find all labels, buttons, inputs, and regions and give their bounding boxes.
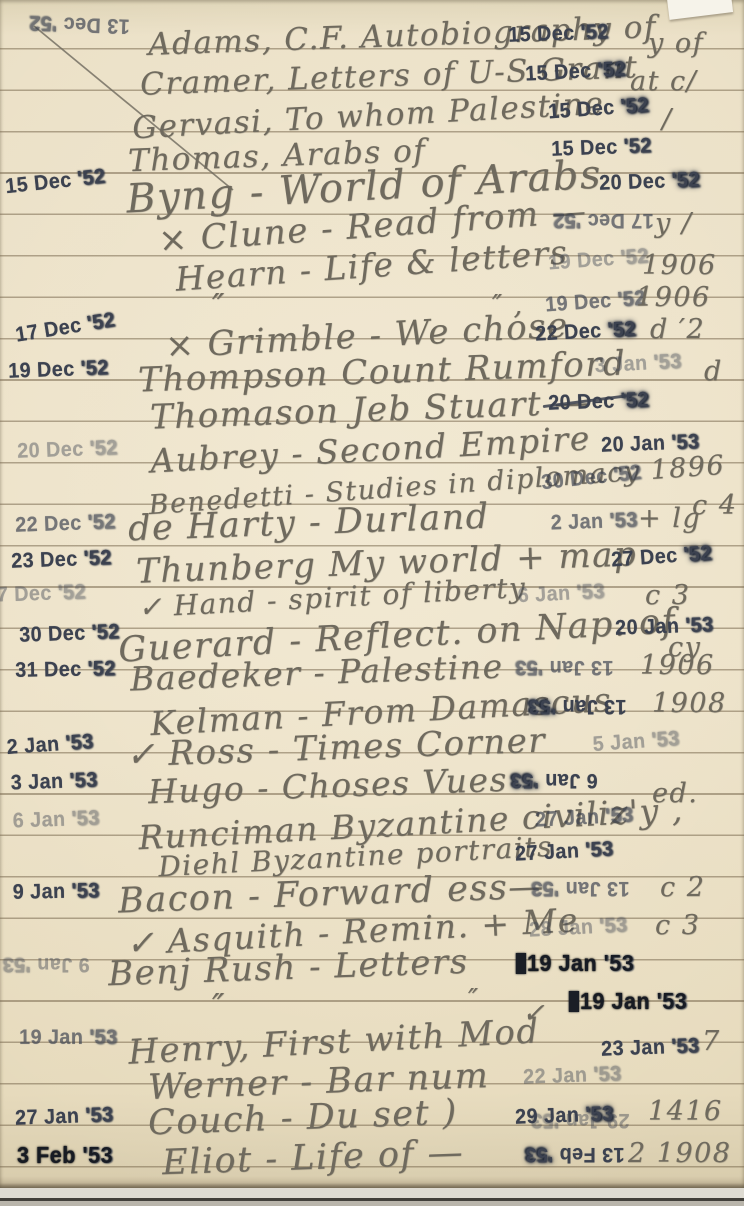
stamp-year: '53: [531, 877, 559, 900]
stamp-day-month: 27 Dec: [610, 543, 684, 571]
stamp-day-month: 2 Jan: [6, 732, 66, 759]
pencil-note: 1906: [640, 650, 715, 681]
stamp-day-month: 27 Jan: [535, 805, 606, 832]
stamp-day-month: 22 Dec: [535, 319, 609, 346]
stamp-year: '53: [71, 806, 100, 830]
left-date-stamp: 7 Dec '52: [0, 580, 86, 607]
stamp-year: '53: [657, 988, 688, 1014]
stamp-year: '52: [683, 542, 713, 567]
stamp-day-month: 7 Dec: [0, 581, 58, 606]
pencil-note: 2 1908: [628, 1138, 731, 1169]
stamp-day-month: 22 Dec: [15, 511, 88, 537]
stamp-day-month: 17 Dec: [581, 209, 653, 232]
stamp-day-month: 28 Jan: [529, 915, 600, 942]
pencil-note: ✓: [522, 998, 546, 1029]
handwritten-entry: ″: [212, 286, 226, 325]
left-date-stamp: 22 Dec '52: [15, 510, 116, 537]
return-date-stamp: 15 Dec '52: [551, 134, 652, 161]
stamp-day-month: 23 Jan: [601, 1035, 672, 1060]
return-date-stamp: 22 Jan '53: [523, 1062, 622, 1089]
stamp-year: '52: [29, 11, 58, 35]
stamp-year: '52: [620, 388, 649, 412]
stamp-year: '52: [553, 209, 581, 232]
return-date-stamp: 13 Jan '53: [515, 655, 613, 679]
stamp-day-month: 31 Dec: [15, 658, 88, 682]
left-date-stamp: 23 Dec '52: [11, 546, 112, 573]
left-date-stamp: 19 Jan '53: [19, 1026, 117, 1050]
return-date-stamp: 13 Feb '53: [525, 1142, 624, 1166]
stamp-year: '52: [623, 134, 652, 158]
stamp-year: '52: [83, 546, 112, 570]
stamp-year: '53: [605, 803, 634, 827]
stamp-year: '53: [531, 1109, 559, 1132]
return-date-stamp: 6 Jan '53: [511, 768, 598, 792]
pencil-note: at c/: [630, 66, 697, 97]
stamp-year: '53: [585, 837, 614, 861]
stamp-year: '53: [85, 1103, 114, 1127]
stamp-day-month: 13 Dec: [57, 12, 130, 38]
pencil-note: ″ ,: [492, 290, 524, 321]
stamp-day-month: 27 Jan: [515, 839, 586, 866]
stamp-year: '53: [3, 953, 31, 976]
stamp-year: '53: [599, 913, 628, 937]
pencil-note: y of: [648, 28, 704, 59]
stamp-day-month: 19 Dec: [8, 357, 81, 383]
left-date-stamp: 3 Jan '53: [10, 768, 98, 795]
stamp-day-month: 3 Jan: [10, 769, 70, 794]
pencil-note: 1906: [636, 282, 711, 313]
pencil-note: 1416: [648, 1096, 723, 1127]
stamp-day-month: 13 Jan: [556, 695, 626, 718]
left-date-stamp: 9 Jan '53: [13, 879, 100, 905]
stamp-day-month: 3 Feb: [17, 1142, 82, 1168]
return-date-stamp: 27 Jan '53: [515, 837, 614, 866]
stamp-year: '52: [76, 165, 106, 191]
stamp-day-month: 29 Jan: [559, 1109, 629, 1132]
stamp-year: '52: [91, 620, 120, 644]
stamp-day-month: 30 Dec: [19, 621, 92, 647]
stamp-day-month: 20 Jan: [601, 431, 672, 456]
stamp-year: '53: [515, 656, 543, 679]
stamp-year: '52: [57, 580, 86, 604]
ink-blot: [516, 953, 526, 974]
stamp-year: '53: [576, 580, 605, 604]
stamp-year: '52: [87, 657, 115, 680]
stamp-day-month: 23 Dec: [11, 547, 84, 573]
pencil-note: ed.: [652, 778, 698, 809]
return-date-stamp: 17 Dec '52: [553, 208, 654, 232]
return-date-stamp: 19 Jan '53: [569, 988, 687, 1015]
corner-date-stamp: 13 Dec '52: [29, 10, 130, 37]
stamp-day-month: 19 Dec: [544, 288, 618, 316]
stamp-year: '53: [593, 1062, 622, 1086]
return-date-stamp: 13 Jan '53: [528, 694, 626, 718]
stamp-day-month: 19 Jan: [527, 950, 604, 976]
stamp-year: '53: [65, 730, 95, 755]
stamp-day-month: 5 Jan: [592, 729, 652, 756]
stamp-day-month: 15 Dec: [525, 59, 599, 86]
pencil-note: c 3: [655, 910, 700, 941]
stamp-day-month: 20 Dec: [17, 437, 90, 463]
stamp-day-month: 19 Jan: [19, 1026, 89, 1049]
stamp-year: '52: [597, 57, 626, 81]
stamp-day-month: 15 Dec: [508, 21, 581, 47]
stamp-year: '53: [671, 1034, 700, 1058]
return-date-stamp: 19 Jan '53: [516, 950, 634, 977]
left-date-stamp: 20 Dec '52: [17, 436, 118, 463]
stamp-year: '53: [71, 879, 99, 902]
handwritten-entry: ″: [212, 986, 226, 1025]
scanned-ledger-card-page: 13 Dec '52Adams, C.F. Autobiography of15…: [0, 0, 744, 1206]
stamp-day-month: 6 Jan: [539, 769, 598, 792]
return-date-stamp: 28 Jan '53: [529, 913, 628, 942]
stamp-year: '53: [82, 1142, 113, 1168]
stamp-day-month: 13 Jan: [543, 656, 613, 679]
stamp-day-month: 13 Jan: [559, 877, 629, 900]
pencil-note: d ′2: [650, 314, 705, 345]
pencil-note: y /: [655, 208, 692, 239]
return-date-stamp: 15 Dec '52: [508, 20, 609, 47]
stamp-year: '52: [612, 461, 642, 487]
stamp-day-month: 19 Jan: [580, 988, 657, 1014]
stamp-day-month: 22 Jan: [523, 1063, 594, 1088]
left-date-stamp: 27 Jan '53: [15, 1103, 114, 1130]
stamp-year: '53: [528, 695, 556, 718]
stamp-day-month: 3 Jan: [594, 351, 654, 377]
return-date-stamp: 20 Dec '52: [548, 388, 649, 415]
stamp-year: '52: [580, 20, 609, 44]
stamp-year: '53: [89, 1026, 117, 1049]
return-date-stamp: 23 Jan '53: [601, 1034, 700, 1061]
pencil-note: d: [704, 356, 723, 387]
stamp-day-month: 2 Jan: [550, 509, 610, 534]
left-date-stamp: 19 Dec '52: [8, 356, 109, 383]
stamp-year: '53: [69, 768, 98, 792]
stamp-day-month: 13 Feb: [553, 1143, 624, 1166]
stamp-year: '52: [671, 168, 700, 192]
left-date-stamp: 6 Jan '53: [12, 806, 100, 833]
pencil-note: c 2: [660, 872, 705, 903]
stamp-year: '53: [609, 508, 638, 532]
stamp-year: '53: [604, 950, 635, 976]
stamp-day-month: 20 Dec: [599, 169, 672, 195]
return-date-stamp: 20 Dec '52: [599, 168, 700, 195]
stamp-day-month: 6 Jan: [12, 807, 72, 832]
left-date-stamp: 9 Jan '53: [3, 952, 90, 976]
return-date-stamp: 29 Jan '53: [531, 1108, 629, 1132]
pencil-note: /: [662, 104, 673, 135]
left-date-stamp: 30 Dec '52: [19, 620, 120, 647]
return-date-stamp: 6 Jan '53: [517, 580, 605, 609]
stamp-day-month: 6 Jan: [517, 581, 577, 607]
pencil-note: c 4: [692, 490, 737, 521]
stamp-year: '53: [651, 727, 681, 752]
return-date-stamp: 27 Jan '53: [535, 803, 634, 832]
stamp-year: '52: [89, 436, 118, 460]
stamp-year: '53: [525, 1143, 553, 1166]
stamp-year: '52: [607, 317, 636, 341]
return-date-stamp: 20 Jan '53: [601, 430, 700, 457]
stamp-day-month: 9 Jan: [13, 880, 72, 904]
stamp-year: '52: [80, 356, 109, 380]
pencil-note: 7: [702, 1026, 721, 1057]
stamp-year: '52: [87, 510, 116, 534]
stamp-day-month: 15 Dec: [547, 95, 621, 123]
pencil-note: 1906: [642, 250, 717, 281]
stamp-year: '52: [620, 94, 650, 119]
stamp-day-month: 27 Jan: [15, 1104, 86, 1129]
stamp-year: '53: [653, 350, 682, 374]
stamp-year: '53: [671, 430, 700, 454]
left-date-stamp: 3 Feb '53: [17, 1142, 113, 1169]
stamp-day-month: 15 Dec: [551, 135, 624, 161]
stamp-year: '52: [85, 308, 116, 335]
stamp-day-month: 19 Dec: [547, 246, 621, 274]
stamp-year: '53: [511, 769, 539, 792]
pencil-note: 1908: [652, 688, 727, 719]
left-date-stamp: 31 Dec '52: [15, 657, 116, 683]
return-date-stamp: 2 Jan '53: [550, 508, 638, 535]
return-date-stamp: 13 Jan '53: [531, 876, 629, 900]
ink-blot: [569, 991, 579, 1012]
pencil-note: c 3: [645, 580, 690, 611]
return-date-stamp: 3 Jan '53: [594, 350, 682, 379]
pencil-note: ″: [468, 984, 480, 1015]
stamp-day-month: 9 Jan: [31, 953, 90, 976]
